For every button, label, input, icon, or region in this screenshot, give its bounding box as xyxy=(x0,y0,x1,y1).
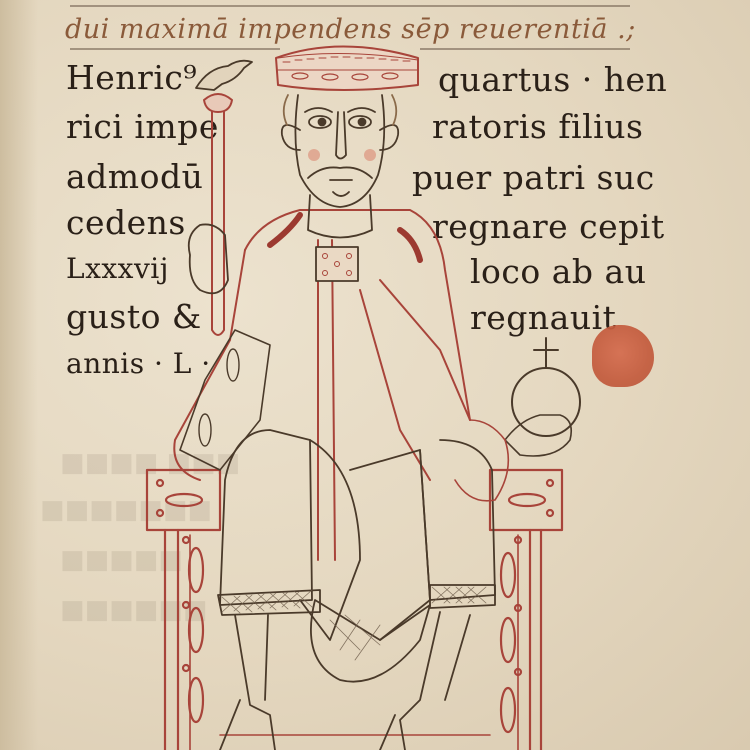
throne xyxy=(147,470,562,750)
bird-icon xyxy=(196,61,252,90)
brooch xyxy=(316,247,358,281)
crown-icon xyxy=(276,47,418,91)
left-hand xyxy=(189,224,228,293)
right-cheek xyxy=(364,149,376,161)
orb-with-cross xyxy=(512,338,580,436)
tunic xyxy=(218,430,495,750)
neck xyxy=(308,195,372,238)
left-cheek xyxy=(308,149,320,161)
emperor-illustration xyxy=(0,0,750,750)
head xyxy=(282,95,398,207)
sceptre xyxy=(196,61,252,335)
